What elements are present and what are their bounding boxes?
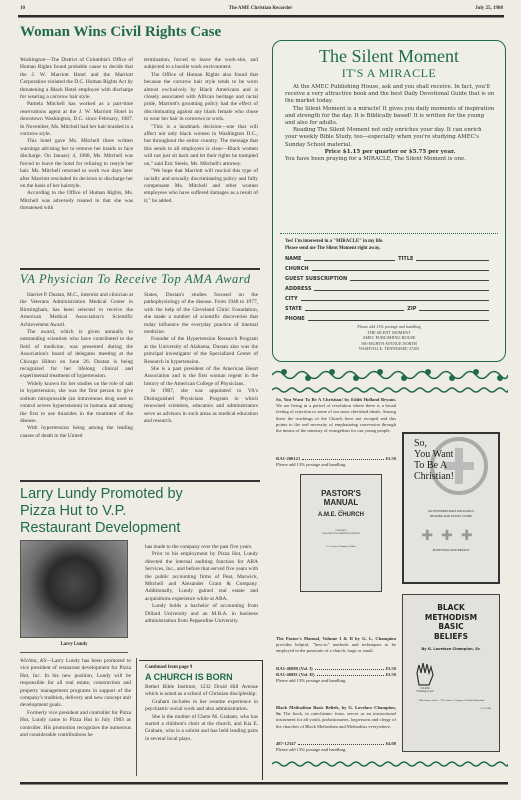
title-label: TITLE — [398, 256, 413, 262]
dateline: Washington — [20, 57, 45, 63]
larry-lundy-photo — [20, 540, 128, 638]
ad-closing: You have been praying for a MIRACLE, The… — [285, 156, 495, 163]
publication-name: The AME Christian Recorder — [0, 6, 521, 11]
church-label: CHURCH — [285, 266, 309, 272]
city-label: CITY — [285, 296, 298, 302]
book3-order-code: 487-12347$4.00 — [276, 741, 396, 746]
name-field[interactable] — [304, 260, 395, 261]
name-label: NAME — [285, 256, 301, 262]
ad-body: At the AMEC Publishing House, ask and yo… — [285, 84, 495, 163]
hand-logo-icon — [413, 661, 437, 687]
book1-cover: So, You Want To Be A Christian! AN INTER… — [402, 432, 500, 584]
rope-border-bottom — [272, 760, 508, 768]
article1-col1: Washington—The District of Columbia's Of… — [20, 57, 133, 213]
book3-description: Black Methodism Basic Beliefs, by G. Lov… — [276, 705, 396, 730]
book1-order-code: RA1-200121$1.50 — [276, 456, 396, 461]
divider — [20, 480, 260, 482]
book1-postage: Please add 13% postage and handling. — [276, 462, 346, 468]
cross-icons: ✚✚✚ — [404, 528, 498, 545]
title-field[interactable] — [416, 260, 489, 261]
photo-caption: Larry Lundy — [20, 642, 128, 647]
headline-civil-rights: Woman Wins Civil Rights Case — [20, 24, 221, 41]
mailing-address: Please add 13% postage and handling THE … — [272, 324, 506, 352]
book3-cover: BLACK METHODISM BASIC BELIEFS By G. Love… — [402, 594, 500, 752]
article3-col2: has made to the company over the past fi… — [145, 544, 258, 625]
guest-subscription-field[interactable] — [350, 280, 489, 281]
headline-church-born: A CHURCH IS BORN — [145, 672, 233, 682]
footer-rule — [20, 782, 508, 785]
city-field[interactable] — [301, 300, 489, 301]
article3-col1: Wichita, KS—Larry Lundy has been promote… — [20, 658, 131, 739]
book2-order-code-vol1: RA1-46880 (Vol. I)$3.50 — [276, 666, 396, 671]
book2-order-code-vol2: RA1-46881 (Vol. II)$3.50 — [276, 672, 396, 677]
ad-title: The Silent Moment — [272, 46, 506, 67]
zip-field[interactable] — [419, 310, 489, 311]
dateline: Wichita, KS — [20, 658, 46, 664]
address-label: ADDRESS — [285, 286, 311, 292]
order-form: NAMETITLE CHURCH GUEST SUBSCRIPTION ADDR… — [285, 252, 492, 322]
zip-label: ZIP — [407, 306, 416, 312]
state-field[interactable] — [305, 310, 404, 311]
masthead-rule — [18, 15, 504, 18]
column-rule — [136, 658, 137, 776]
article2-col1: Harriet P. Dustan, M.C., internist and c… — [20, 292, 133, 440]
guest-subscription-label: GUEST SUBSCRIPTION — [285, 276, 347, 282]
ad-price: Price $1.15 per quarter or $5.75 per yea… — [285, 149, 495, 156]
headline-va-physician: VA Physician To Receive Top AMA Award — [20, 272, 251, 287]
address-field[interactable] — [314, 290, 489, 291]
book2-description: The Pastor's Manual, Volume I & II by G.… — [276, 636, 396, 655]
book1-description: So, You Want To Be A Christian! by Edith… — [276, 397, 396, 434]
phone-field[interactable] — [308, 320, 489, 321]
issue-date: July 25, 1988 — [475, 6, 503, 11]
book3-postage: Please add 13% postage and handling. — [276, 747, 346, 753]
coupon-intro: Yes! I'm interested in a "MIRACLE" in my… — [285, 238, 495, 252]
caption-rule — [20, 652, 128, 653]
divider — [20, 268, 260, 270]
state-label: STATE — [285, 306, 302, 312]
headline-larry-lundy: Larry Lundy Promoted by Pizza Hut to V.P… — [20, 486, 260, 537]
phone-label: PHONE — [285, 316, 305, 322]
article2-col2: States, Dustan's studies focused on the … — [144, 292, 258, 425]
decorative-vine-border — [272, 368, 508, 382]
continued-label: Continued from page 9 — [145, 665, 192, 670]
coupon-cut-line — [280, 233, 498, 234]
continued-body: Bethel Bible Institute, 1232 Druid Hill … — [145, 684, 258, 743]
ad-subtitle: IT'S A MIRACLE — [272, 66, 506, 81]
book2-cover: PASTOR'S MANUAL of the A.M.E. CHURCH VOL… — [300, 474, 382, 592]
church-field[interactable] — [312, 270, 489, 271]
rope-border-top — [272, 386, 508, 394]
article1-col2: termination, forced to leave the work-si… — [144, 57, 258, 205]
book2-postage: Please add 13% postage and handling. — [276, 678, 346, 684]
